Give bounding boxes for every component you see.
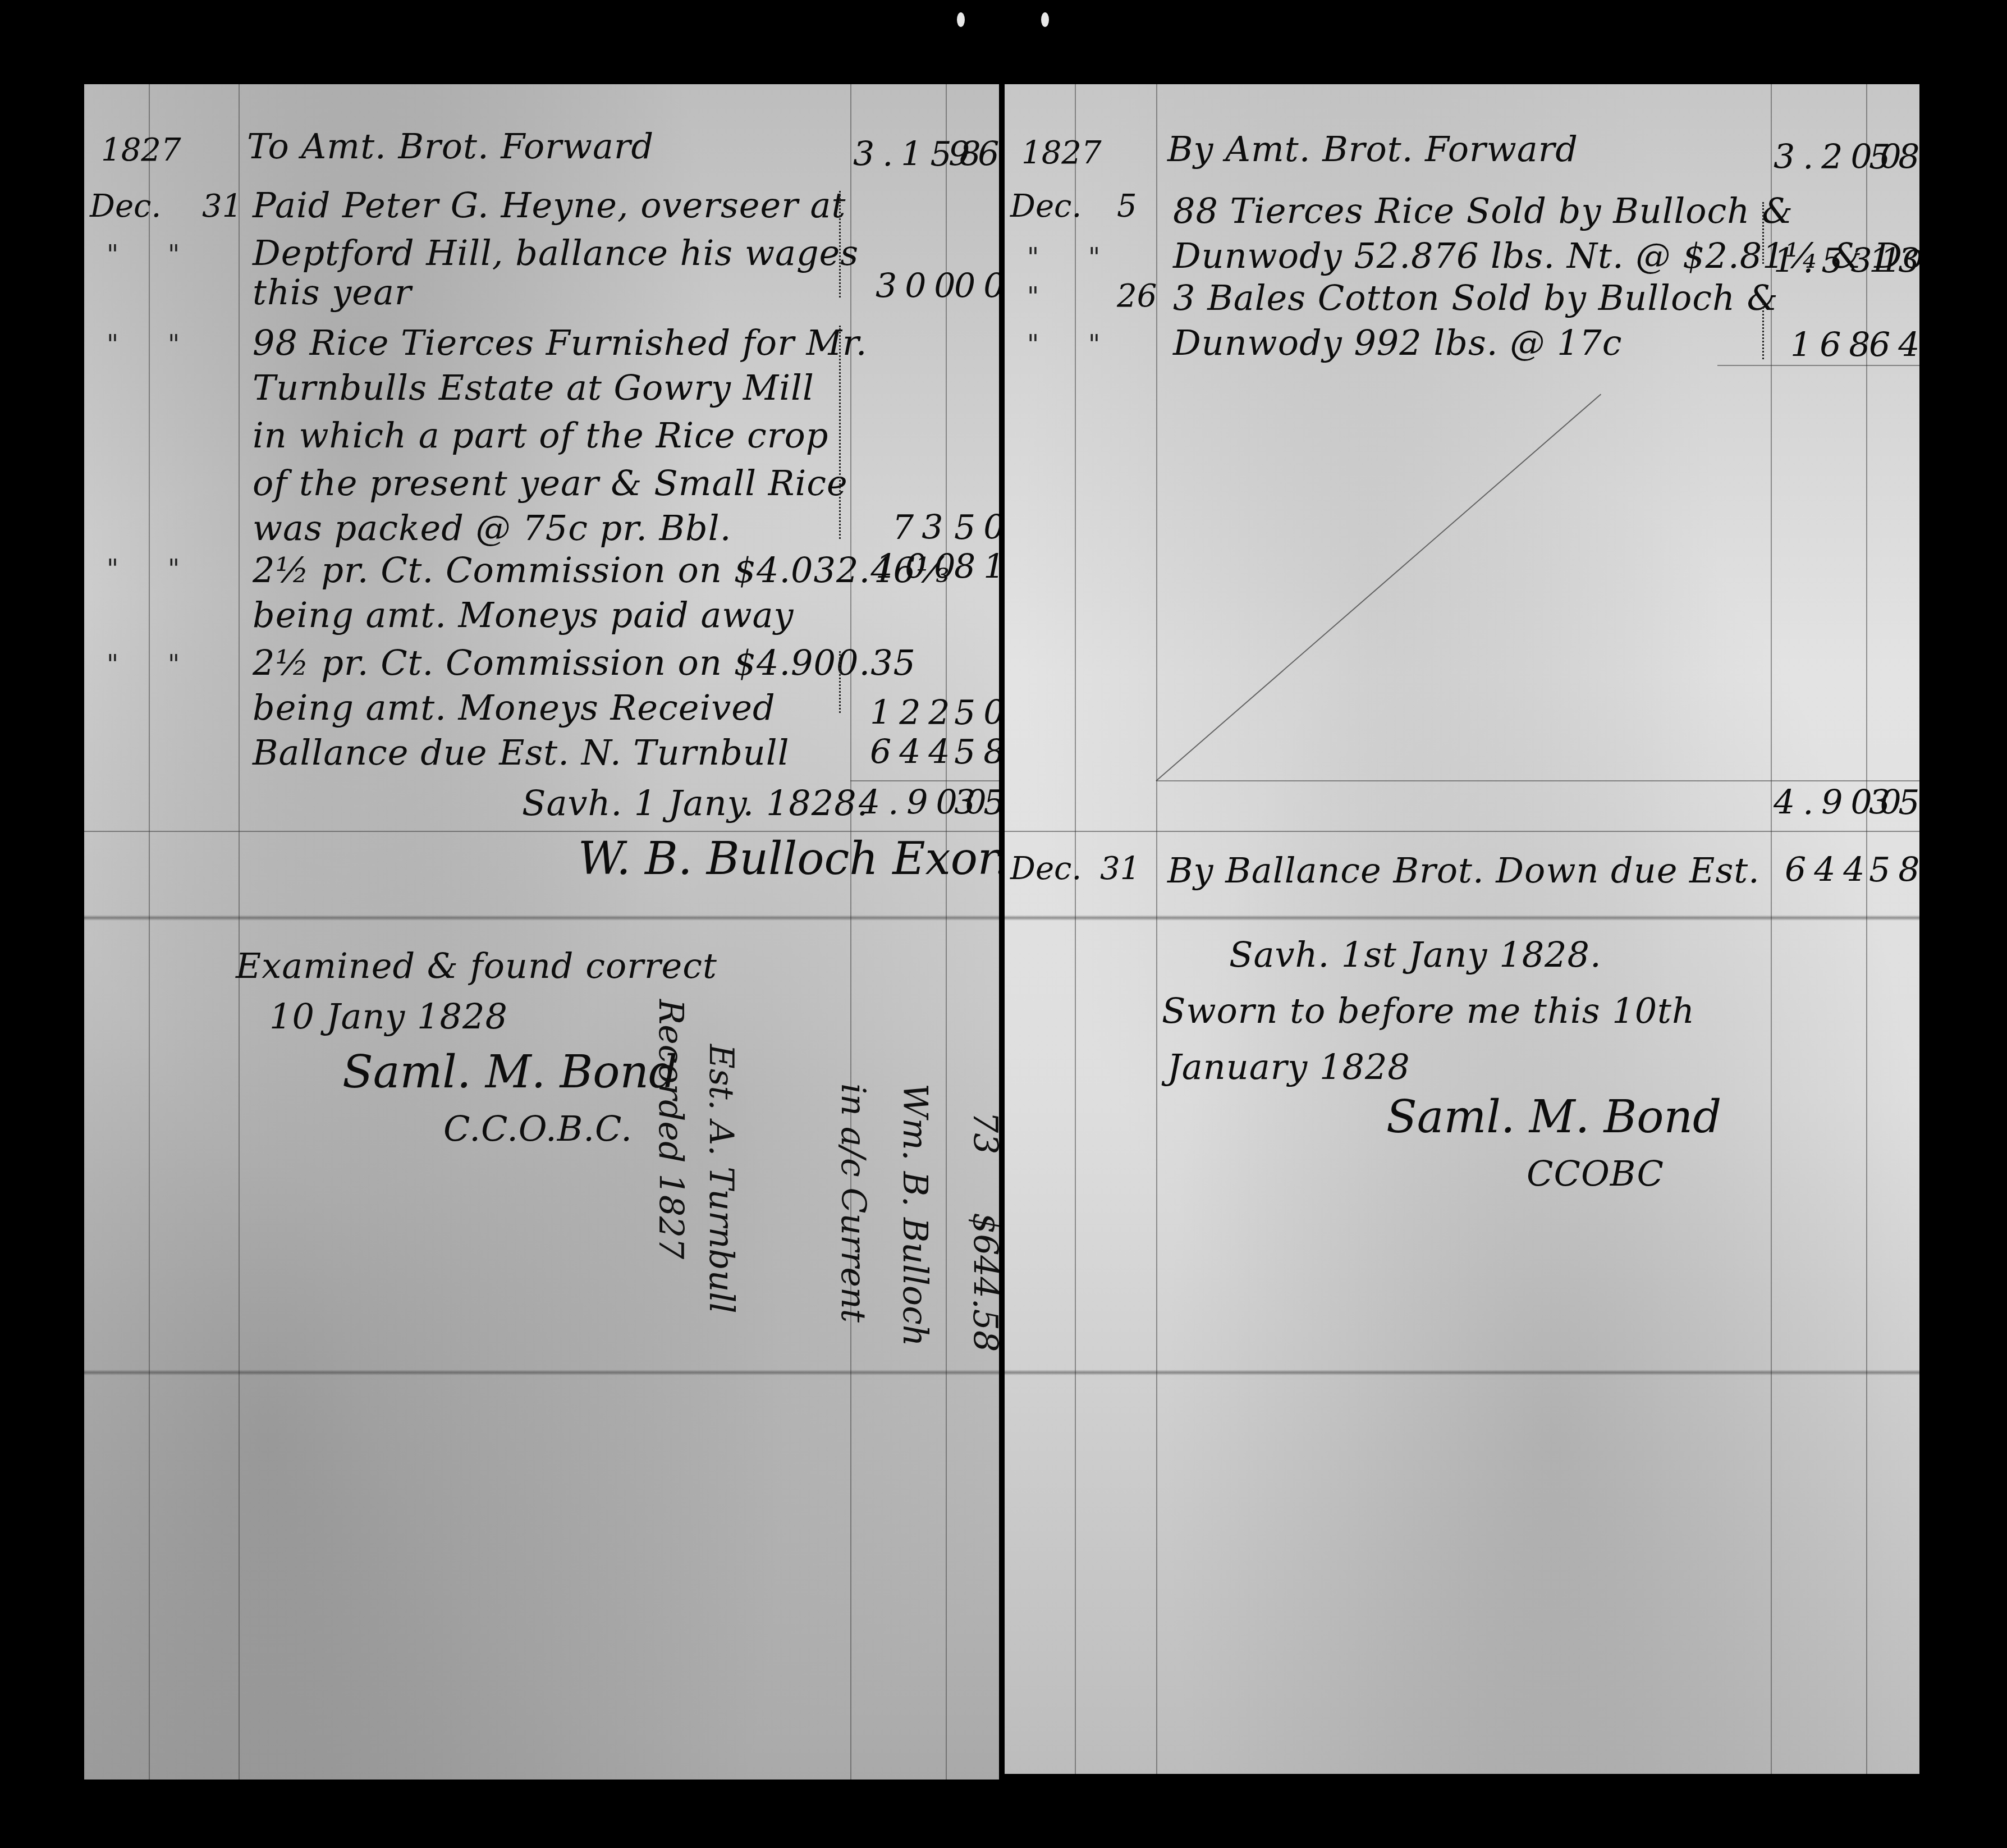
bracket — [833, 651, 841, 713]
dollar-column-rule — [1771, 84, 1772, 1774]
entry-cents: 81 — [954, 550, 999, 584]
entry-line: 2½ pr. Ct. Commission on $4.900.35 — [253, 646, 916, 680]
docket-line: Recorded 1827 — [651, 999, 690, 1259]
brought-forward-text: To Amt. Brot. Forward — [247, 129, 654, 164]
entry-line: this year — [253, 275, 412, 310]
margin-rule — [1156, 84, 1157, 1774]
bracket — [833, 191, 841, 298]
ditto-marks: " " — [107, 556, 180, 582]
entry-line: of the present year & Small Rice — [253, 466, 848, 501]
examined-text: Examined & found correct — [236, 949, 717, 984]
entry-line: being amt. Moneys Received — [253, 690, 776, 725]
balance-month: Dec. — [1010, 853, 1082, 885]
docket-line: Est. A. Turnbull — [702, 1044, 741, 1314]
entry-dollars: 73 — [892, 511, 951, 545]
entry-line: Paid Peter G. Heyne, overseer at — [253, 188, 846, 223]
docket-number: 73 — [965, 1111, 999, 1154]
total-rule — [84, 831, 999, 832]
entry-day: 31 — [202, 191, 242, 222]
entry-dollars: 168 — [1790, 328, 1878, 362]
examined-date: 10 Jany 1828 — [269, 999, 508, 1034]
ditto-marks: " " — [107, 651, 180, 677]
docket-amount: $644.58 — [965, 1213, 999, 1352]
entry-line: was packed @ 75c pr. Bbl. — [253, 511, 731, 546]
sworn-date-2: January 1828 — [1167, 1050, 1410, 1085]
docket-line: Wm. B. Bulloch — [895, 1083, 934, 1346]
balance-text: By Ballance Brot. Down due Est. — [1167, 853, 1760, 888]
bracket — [1757, 202, 1764, 264]
clerk-title: CCOBC — [1527, 1156, 1664, 1191]
total-rule — [1156, 780, 1919, 781]
entry-cents: 64 — [1869, 328, 1919, 362]
sworn-date: Savh. 1st Jany 1828. — [1229, 937, 1602, 972]
ditto-marks: " " — [1027, 331, 1100, 357]
entry-cents: 58 — [954, 735, 999, 769]
entry-line: 98 Rice Tierces Furnished for Mr. — [253, 326, 868, 360]
total-rule — [1717, 365, 1919, 366]
fold-line — [84, 915, 999, 921]
entry-dollars: 122 — [870, 696, 958, 730]
entry-month: Dec. — [90, 191, 161, 222]
entry-line: in which a part of the Rice crop — [253, 418, 828, 453]
ditto-marks: " " — [107, 241, 180, 267]
brought-forward-text: By Amt. Brot. Forward — [1167, 132, 1578, 167]
entry-cents: 50 — [954, 696, 999, 730]
balance-cents: 58 — [1869, 853, 1919, 887]
fold-line — [1005, 915, 1919, 921]
entry-dollars: 300 — [876, 269, 964, 303]
cents-column-rule — [946, 84, 947, 1780]
total-rule — [850, 780, 999, 781]
ledger-page-debit: 1827 To Amt. Brot. Forward 3.158 96 Dec.… — [84, 84, 999, 1780]
ledger-page-credit: 1827 By Amt. Brot. Forward 3.200 58 Dec.… — [1005, 84, 1919, 1774]
clerk-title: C.C.O.B.C. — [443, 1111, 633, 1146]
balance-dollars: 644 — [1785, 853, 1873, 887]
ditto-marks: " — [1027, 283, 1039, 309]
entry-cents: 13 — [1869, 244, 1919, 278]
entry-month: Dec. — [1010, 191, 1082, 222]
entry-line: Turnbulls Estate at Gowry Mill — [253, 370, 814, 405]
entry-day: 5 — [1117, 191, 1137, 222]
year: 1827 — [101, 135, 181, 166]
entry-line: 3 Bales Cotton Sold by Bulloch & — [1173, 281, 1779, 315]
entry-cents: 50 — [954, 511, 999, 545]
docket-line: in a/c Current — [833, 1083, 873, 1323]
entry-line: Ballance due Est. N. Turnbull — [253, 735, 789, 770]
entry-cents: 00 — [954, 269, 999, 303]
brought-forward-cents: 96 — [948, 138, 999, 171]
clerk-signature: Saml. M. Bond — [1386, 1095, 1721, 1140]
strike-line — [1156, 394, 1601, 781]
fold-line — [84, 1370, 999, 1375]
executor-signature: W. B. Bulloch Exor. — [578, 836, 999, 881]
entry-line: Deptford Hill, ballance his wages — [253, 236, 859, 271]
entry-dollars: 644 — [870, 735, 958, 769]
balance-day: 31 — [1100, 853, 1140, 885]
total-rule — [1005, 831, 1919, 832]
brought-forward-cents: 58 — [1869, 140, 1919, 174]
clerk-signature: Saml. M. Bond — [342, 1050, 677, 1095]
sworn-text: Sworn to before me this 10th — [1162, 994, 1695, 1028]
year: 1827 — [1021, 138, 1102, 169]
total-cents: 35 — [954, 786, 999, 820]
bracket — [1757, 303, 1764, 359]
bracket — [833, 326, 841, 539]
margin-rule — [239, 84, 240, 1780]
punch-hole — [957, 12, 965, 27]
total-cents: 35 — [1869, 786, 1919, 820]
entry-day: 26 — [1117, 281, 1157, 312]
sworn-date: Savh. 1 Jany. 1828. — [522, 786, 868, 821]
entry-line: 2½ pr. Ct. Commission on $4.032.46⅓ — [253, 553, 950, 588]
entry-line: Dunwody 992 lbs. @ 17c — [1173, 326, 1623, 360]
entry-line: being amt. Moneys paid away — [253, 598, 794, 633]
entry-dollars: 100 — [876, 550, 964, 584]
ditto-marks: " " — [107, 331, 180, 357]
entry-line: 88 Tierces Rice Sold by Bulloch & — [1173, 194, 1793, 228]
ditto-marks: " " — [1027, 244, 1100, 270]
punch-hole — [1041, 12, 1049, 27]
fold-line — [1005, 1370, 1919, 1375]
